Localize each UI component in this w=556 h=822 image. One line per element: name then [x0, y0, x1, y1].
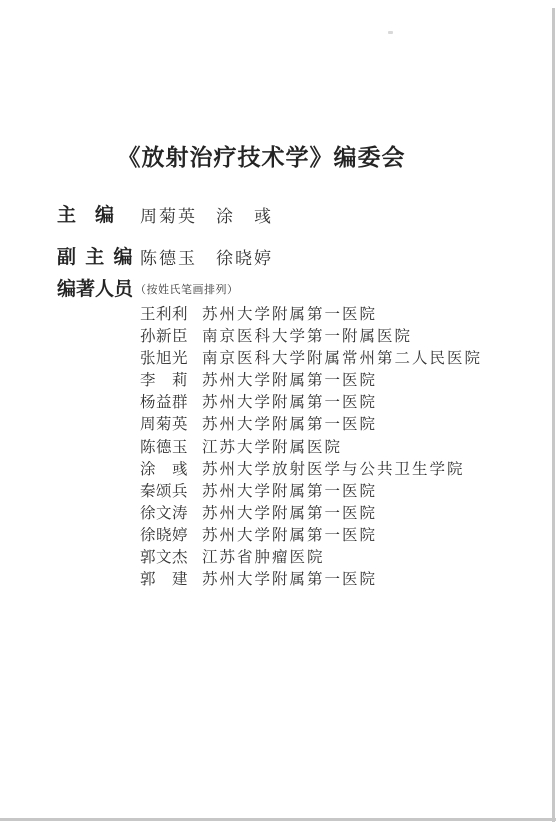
contributors-sort-note: （按姓氏笔画排列） — [135, 281, 239, 297]
deputy-editor-label: 副 主 编 — [57, 242, 133, 269]
chief-editor-label: 主 编 — [57, 200, 114, 227]
contributor-name: 杨益群 — [140, 392, 188, 414]
page-title: 《放射治疗技术学》编委会 — [0, 139, 523, 172]
contributor-affiliation: 南京医科大学第一附属医院 — [202, 326, 412, 348]
list-item: 孙新臣南京医科大学第一附属医院 — [140, 326, 482, 348]
contributor-affiliation: 江苏大学附属医院 — [202, 437, 342, 459]
contributor-list: 王利利苏州大学附属第一医院 孙新臣南京医科大学第一附属医院 张旭光南京医科大学附… — [140, 304, 482, 591]
list-item: 王利利苏州大学附属第一医院 — [140, 304, 482, 326]
scan-edge-bottom — [0, 818, 556, 821]
list-item: 徐文涛苏州大学附属第一医院 — [140, 503, 482, 525]
contributor-affiliation: 苏州大学附属第一医院 — [202, 370, 377, 392]
scanned-book-page: 《放射治疗技术学》编委会 主 编 周菊英 涂 彧 副 主 编 陈德玉 徐晓婷 编… — [0, 0, 556, 822]
contributor-affiliation: 苏州大学附属第一医院 — [202, 304, 377, 326]
scan-artifact-speck — [388, 31, 393, 34]
contributor-name: 孙新臣 — [140, 326, 188, 348]
contributors-label: 编著人员 — [57, 274, 133, 301]
contributor-name: 周菊英 — [140, 414, 188, 436]
contributor-affiliation: 苏州大学放射医学与公共卫生学院 — [202, 459, 465, 481]
contributor-name: 李 莉 — [140, 370, 188, 392]
contributor-name: 郭文杰 — [140, 547, 188, 569]
contributor-affiliation: 南京医科大学附属常州第二人民医院 — [202, 348, 482, 370]
list-item: 徐晓婷苏州大学附属第一医院 — [140, 525, 482, 547]
contributor-name: 徐文涛 — [140, 503, 188, 525]
contributor-name: 郭 建 — [140, 569, 188, 591]
scan-edge-right — [552, 8, 555, 822]
contributor-affiliation: 苏州大学附属第一医院 — [202, 392, 377, 414]
chief-editor-names: 周菊英 涂 彧 — [140, 202, 273, 227]
contributor-affiliation: 苏州大学附属第一医院 — [202, 481, 377, 503]
contributor-affiliation: 苏州大学附属第一医院 — [202, 503, 377, 525]
contributor-name: 陈德玉 — [140, 437, 188, 459]
list-item: 张旭光南京医科大学附属常州第二人民医院 — [140, 348, 482, 370]
contributor-affiliation: 苏州大学附属第一医院 — [202, 525, 377, 547]
list-item: 杨益群苏州大学附属第一医院 — [140, 392, 482, 414]
contributor-name: 张旭光 — [140, 348, 188, 370]
list-item: 陈德玉江苏大学附属医院 — [140, 437, 482, 459]
list-item: 郭文杰江苏省肿瘤医院 — [140, 547, 482, 569]
list-item: 秦颂兵苏州大学附属第一医院 — [140, 481, 482, 503]
list-item: 涂 彧苏州大学放射医学与公共卫生学院 — [140, 459, 482, 481]
list-item: 周菊英苏州大学附属第一医院 — [140, 414, 482, 436]
contributor-name: 徐晓婷 — [140, 525, 188, 547]
contributor-affiliation: 苏州大学附属第一医院 — [202, 414, 377, 436]
deputy-editor-names: 陈德玉 徐晓婷 — [140, 244, 273, 269]
contributor-affiliation: 江苏省肿瘤医院 — [202, 547, 325, 569]
contributor-name: 涂 彧 — [140, 459, 188, 481]
contributor-affiliation: 苏州大学附属第一医院 — [202, 569, 377, 591]
list-item: 郭 建苏州大学附属第一医院 — [140, 569, 482, 591]
list-item: 李 莉苏州大学附属第一医院 — [140, 370, 482, 392]
contributor-name: 秦颂兵 — [140, 481, 188, 503]
contributor-name: 王利利 — [140, 304, 188, 326]
